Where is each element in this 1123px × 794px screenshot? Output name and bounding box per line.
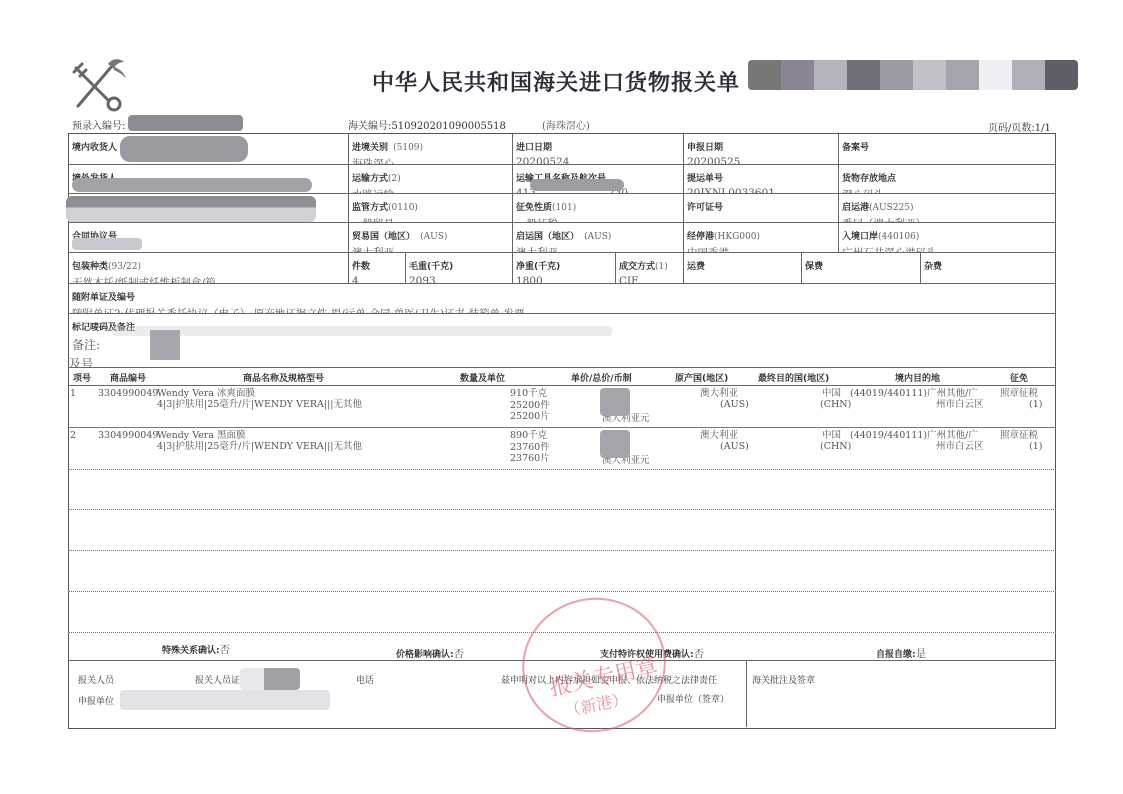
goods-cell: 25200片 <box>510 411 550 423</box>
goods-cell: (44019/440111)广州其他/广 <box>850 430 978 442</box>
net-weight-label: 净重(千克) <box>516 262 560 272</box>
field-entry-port: 入境口岸(440106) 广州石井滘心港码头 <box>839 223 1053 252</box>
document-title: 中华人民共和国海关进口货物报关单 <box>372 66 740 97</box>
field-gross-weight: 毛重(千克) 2093 <box>406 253 512 283</box>
bill-of-lading-label: 提运单号 <box>687 174 723 184</box>
transaction-mode-value: CIF <box>619 275 680 283</box>
declare-date-value: 20200525 <box>687 156 835 164</box>
customs-no-label-text: 海关编号: <box>348 121 391 132</box>
field-origin-country: 启运国（地区） (AUS) 澳大利亚 <box>513 223 683 252</box>
departure-port-value: 悉尼（澳大利亚） <box>842 216 1050 222</box>
package-type-code: (93/22) <box>108 262 141 272</box>
goods-cell: 中国 <box>822 388 841 400</box>
field-levy-nature: 征免性质(101) 一般征税 <box>513 194 683 222</box>
gross-weight-value: 2093 <box>409 275 509 283</box>
transit-port-code: (HKG000) <box>714 232 760 242</box>
record-no-label: 备案号 <box>842 143 869 153</box>
storage-place-label: 货物存放地点 <box>842 174 896 184</box>
declare-unit-label: 申报单位 <box>78 694 114 707</box>
entry-customs-label: 进境关别 <box>352 143 388 153</box>
column-header: 商品名称及规格型号 <box>243 371 324 384</box>
goods-cell: (AUS) <box>720 441 749 453</box>
import-date-value: 20200524 <box>516 156 680 164</box>
field-declare-date: 申报日期 20200525 <box>684 134 838 164</box>
transport-mode-label: 运输方式 <box>352 174 388 184</box>
remarks-line2: 及号 <box>69 355 1050 367</box>
insurance-label: 保费 <box>805 262 823 272</box>
goods-cell: 23760片 <box>510 453 550 465</box>
field-net-weight: 净重(千克) 1800 <box>513 253 615 283</box>
self-declare-label: 自报自缴: <box>876 650 916 660</box>
column-header: 境内目的地 <box>895 371 940 384</box>
misc-fee-label: 杂费 <box>924 262 942 272</box>
customs-office: (海珠滘心) <box>542 117 590 132</box>
levy-nature-value: 一般征税 <box>516 216 680 222</box>
origin-country-label: 启运国（地区） <box>516 232 579 242</box>
field-marks-remarks: 标记唛码及备注 备注: 及号 <box>69 314 1053 367</box>
redacted-consumer-unit <box>66 196 316 222</box>
goods-cell: 23760件 <box>510 442 550 454</box>
field-transport-mode: 运输方式(2) 水路运输 <box>349 165 512 193</box>
package-type-value: 天然木托/纸制或纤维板制盒/箱 <box>72 275 345 283</box>
column-header: 单价/总价/币制 <box>571 371 632 384</box>
remarks-line1: 备注: <box>72 336 1050 353</box>
goods-cell: (CHN) <box>820 441 851 453</box>
import-date-label: 进口日期 <box>516 143 552 153</box>
field-trade-country: 贸易国（地区） (AUS) 澳大利亚 <box>349 223 512 252</box>
goods-cell: 25200件 <box>510 400 550 412</box>
net-weight-value: 1800 <box>516 275 612 283</box>
trade-country-value: 澳大利亚 <box>352 245 509 252</box>
transaction-mode-label: 成交方式 <box>619 262 655 272</box>
redacted-consignee <box>120 136 248 162</box>
field-insurance: 保费 <box>802 253 920 283</box>
license-no-label: 许可证号 <box>687 203 723 213</box>
origin-country-code: (AUS) <box>584 232 611 242</box>
field-attached-docs: 随附单证及编号 随附单证2:代理报关委托协议（电子）;原产地证据文件;提/运单;… <box>69 284 1053 313</box>
goods-cell: 州市白云区 <box>936 399 984 411</box>
customs-emblem-icon <box>68 56 130 112</box>
trade-country-code: (AUS) <box>420 232 447 242</box>
goods-cell: 4|3|护肤用|25毫升/片|WENDY VERA|||无其他 <box>157 399 362 411</box>
field-license-no: 许可证号 <box>684 194 838 222</box>
origin-country-value: 澳大利亚 <box>516 245 680 252</box>
redacted-cert-no <box>240 668 300 690</box>
goods-cell: 照章征税 <box>1000 388 1038 400</box>
goods-cell: 澳大利亚 <box>700 430 738 442</box>
field-pieces: 件数 4 <box>349 253 405 283</box>
redacted-barcode <box>748 60 1078 90</box>
declare-date-label: 申报日期 <box>687 143 723 153</box>
goods-cell: 照章征税 <box>1000 430 1038 442</box>
declarant-cert-label: 报关人员证 <box>195 673 240 686</box>
phone-label: 电话 <box>356 673 374 686</box>
column-header: 原产国(地区) <box>675 371 728 384</box>
departure-port-label: 启运港 <box>842 203 869 213</box>
levy-nature-code: (101) <box>552 203 576 213</box>
field-package-type: 包装种类(93/22) 天然木托/纸制或纤维板制盒/箱 <box>69 253 348 283</box>
pre-entry-label: 预录入编号: <box>72 117 125 132</box>
column-header: 最终目的国(地区) <box>758 371 829 384</box>
goods-cell: (AUS) <box>720 399 749 411</box>
declarant-label: 报关人员 <box>78 673 114 686</box>
special-relation-confirm: 特殊关系确认:否 <box>162 642 230 657</box>
redacted-price-1 <box>600 388 630 416</box>
column-header: 数量及单位 <box>460 371 505 384</box>
goods-cell: 890千克 <box>510 430 547 442</box>
goods-cell: Wendy Vera 冰爽面膜 <box>157 388 255 400</box>
redacted-remarks-block <box>150 330 180 360</box>
supervision-mode-label: 监管方式 <box>352 203 388 213</box>
entry-customs-value: 海珠滘心 <box>352 156 509 164</box>
supervision-mode-value: 一般贸易 <box>352 216 509 222</box>
entry-port-code: (440106) <box>878 232 919 242</box>
goods-cell: 澳大利亚 <box>700 388 738 400</box>
field-misc-fee: 杂费 <box>921 253 1053 283</box>
entry-port-label: 入境口岸 <box>842 232 878 242</box>
column-header: 征免 <box>1010 371 1028 384</box>
goods-cell: 3304990049 <box>98 430 158 442</box>
freight-label: 运费 <box>687 262 705 272</box>
self-declare-value: 是 <box>916 648 927 660</box>
price-influence-confirm: 价格影响确认:否 <box>396 642 464 661</box>
field-bill-of-lading: 提运单号 20JXNL0033601 <box>684 165 838 193</box>
goods-cell: Wendy Vera 黑面膜 <box>157 430 246 442</box>
transport-mode-value: 水路运输 <box>352 187 509 193</box>
goods-cell: 4|3|护肤用|25毫升/片|WENDY VERA|||无其他 <box>157 441 362 453</box>
goods-cell: 1 <box>70 388 76 400</box>
field-entry-customs: 进境关别 (5109) 海珠滘心 <box>349 134 512 164</box>
redacted-pre-entry-no <box>128 115 243 131</box>
special-relation-value: 否 <box>220 644 231 656</box>
pieces-value: 4 <box>352 275 402 283</box>
field-departure-port: 启运港(AUS225) 悉尼（澳大利亚） <box>839 194 1053 222</box>
goods-cell: (44019/440111)广州其他/广 <box>850 388 978 400</box>
gross-weight-label: 毛重(千克) <box>409 262 453 272</box>
redacted-contract-no <box>72 238 142 250</box>
redacted-price-2 <box>600 430 630 458</box>
transaction-mode-code: (1) <box>655 262 668 272</box>
transit-port-value: 中国香港 <box>687 245 835 252</box>
column-header: 商品编号 <box>110 371 146 384</box>
goods-cell: 中国 <box>822 430 841 442</box>
redacted-remarks <box>112 326 612 336</box>
column-header: 项号 <box>73 371 91 384</box>
attached-docs-label: 随附单证及编号 <box>72 293 135 303</box>
field-transaction-mode: 成交方式(1) CIF <box>616 253 683 283</box>
sign-label: 申报单位（签章） <box>657 692 729 705</box>
customs-no-label: 海关编号:510920201090005518 <box>348 117 506 132</box>
redacted-declare-unit <box>120 690 330 710</box>
bill-of-lading-value: 20JXNL0033601 <box>687 187 835 193</box>
redacted-consignor <box>72 178 312 192</box>
goods-cell: 2 <box>70 430 76 442</box>
royalty-payment-value: 否 <box>694 648 705 660</box>
price-influence-value: 否 <box>454 648 465 660</box>
transit-port-label: 经停港 <box>687 232 714 242</box>
customs-no: 510920201090005518 <box>391 121 506 132</box>
redacted-vessel <box>530 179 624 191</box>
customs-note-label: 海关批注及签章 <box>752 673 815 686</box>
entry-customs-code: (5109) <box>393 143 423 153</box>
field-consignee-label: 境内收货人 <box>72 143 117 153</box>
entry-port-value: 广州石井滘心港码头 <box>842 245 1050 252</box>
trade-country-label: 贸易国（地区） <box>352 232 415 242</box>
levy-nature-label: 征免性质 <box>516 203 552 213</box>
field-storage-place: 货物存放地点 滘心码头 <box>839 165 1053 193</box>
supervision-mode-code: (0110) <box>388 203 418 213</box>
self-declare-confirm: 自报自缴:是 <box>876 642 926 661</box>
field-transit-port: 经停港(HKG000) 中国香港 <box>684 223 838 252</box>
storage-place-value: 滘心码头 <box>842 187 1050 193</box>
departure-port-code: (AUS225) <box>869 203 913 213</box>
goods-cell: 3304990049 <box>98 388 158 400</box>
goods-cell: (CHN) <box>820 399 851 411</box>
price-influence-label: 价格影响确认: <box>396 650 454 660</box>
package-type-label: 包装种类 <box>72 262 108 272</box>
transport-mode-code: (2) <box>388 174 401 184</box>
field-record-no: 备案号 <box>839 134 1053 164</box>
field-freight: 运费 <box>684 253 801 283</box>
attached-docs-value: 随附单证2:代理报关委托协议（电子）;原产地证据文件;提/运单;合同;兽医(卫生… <box>72 306 1050 313</box>
pieces-label: 件数 <box>352 262 370 272</box>
field-supervision-mode: 监管方式(0110) 一般贸易 <box>349 194 512 222</box>
goods-cell: 910千克 <box>510 388 547 400</box>
goods-cell: 州市白云区 <box>936 441 984 453</box>
goods-cell: (1) <box>1029 399 1042 411</box>
goods-cell: (1) <box>1029 441 1042 453</box>
field-import-date: 进口日期 20200524 <box>513 134 683 164</box>
page-indicator: 页码/页数:1/1 <box>988 119 1051 134</box>
special-relation-label: 特殊关系确认: <box>162 646 220 656</box>
